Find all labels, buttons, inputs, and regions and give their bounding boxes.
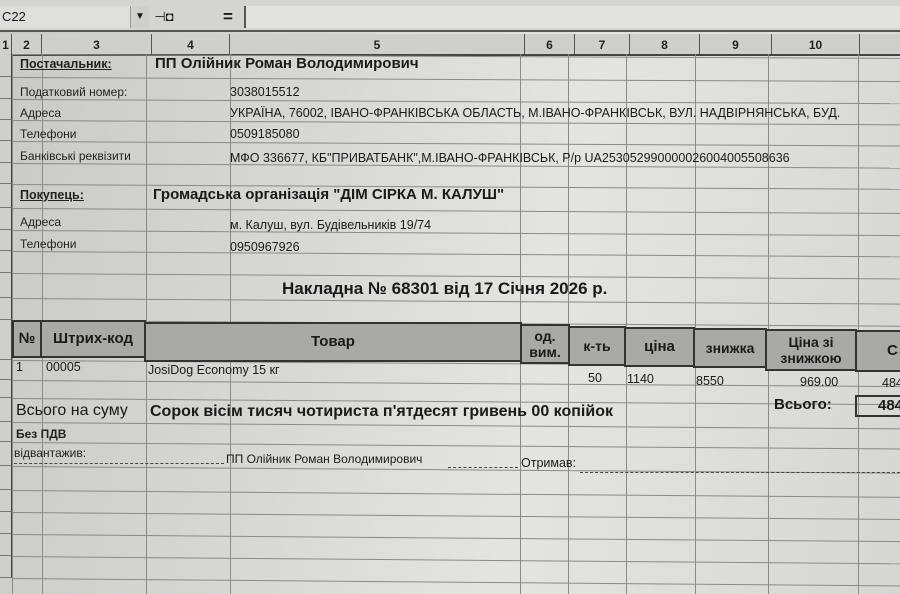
row-header[interactable] — [0, 556, 12, 578]
vat-note: Без ПДВ — [16, 427, 66, 441]
supplier-phone-value[interactable]: 0509185080 — [230, 127, 300, 141]
chevron-down-icon[interactable]: ▼ — [130, 6, 149, 28]
row-header[interactable] — [0, 298, 12, 320]
column-header-6[interactable]: 6 — [525, 34, 575, 54]
buyer-address-label: Адреса — [20, 215, 61, 229]
row-header[interactable] — [0, 184, 12, 208]
cell-qty[interactable]: 50 — [588, 371, 602, 385]
shipped-name-line — [448, 467, 518, 468]
column-header-3[interactable]: 3 — [42, 34, 152, 54]
header-sum: С — [855, 330, 900, 372]
cell-num[interactable]: 1 — [16, 360, 23, 374]
shipped-signature-line — [14, 463, 224, 464]
header-discounted-price: Ціна зі знижкою — [765, 329, 857, 371]
column-header-9[interactable]: 9 — [700, 34, 772, 54]
bank-details-label: Банківські реквізити — [20, 149, 131, 163]
row-header[interactable] — [0, 208, 12, 230]
row-header[interactable] — [0, 512, 12, 534]
bank-details-value[interactable]: МФО 336677, КБ"ПРИВАТБАНК",М.ІВАНО-ФРАНК… — [230, 151, 790, 165]
cell-sum[interactable]: 484 — [882, 376, 900, 390]
row-header[interactable] — [0, 54, 12, 77]
row-header[interactable] — [0, 273, 12, 298]
column-header-5[interactable]: 5 — [230, 34, 525, 54]
row-header[interactable] — [0, 230, 12, 251]
row-header[interactable] — [0, 163, 12, 184]
header-price: ціна — [624, 327, 695, 367]
header-qty: к-ть — [568, 326, 626, 366]
buyer-phone-value[interactable]: 0950967926 — [230, 240, 300, 254]
supplier-name: ПП Олійник Роман Володимирович — [155, 55, 419, 72]
header-num: № — [12, 320, 42, 358]
row-header[interactable] — [0, 442, 12, 466]
column-header-8[interactable]: 8 — [630, 34, 700, 54]
cell-discount[interactable]: 8550 — [696, 374, 724, 388]
formula-input[interactable] — [244, 6, 900, 28]
buyer-name: Громадська організація "ДІМ СІРКА М. КАЛ… — [153, 186, 504, 203]
grid-column-line — [695, 54, 696, 594]
header-unit: од. вим. — [520, 324, 570, 364]
tax-number-label: Податковий номер: — [20, 85, 127, 99]
row-header[interactable] — [0, 534, 12, 556]
row-header[interactable] — [0, 77, 12, 99]
row-header[interactable] — [0, 251, 12, 273]
cell-price[interactable]: 1140 — [627, 372, 654, 386]
column-header-11[interactable] — [860, 34, 900, 54]
tax-number-value[interactable]: 3038015512 — [230, 85, 300, 99]
total-label: Всього: — [774, 396, 832, 413]
column-header-bar: 1 2 3 4 5 6 7 8 9 10 — [0, 34, 900, 56]
row-header[interactable] — [0, 380, 12, 398]
grid-column-line — [768, 54, 769, 594]
grid-column-line — [626, 54, 627, 594]
row-header[interactable] — [0, 120, 12, 141]
grid-column-line — [858, 54, 859, 594]
header-barcode: Штрих-код — [40, 320, 146, 358]
supplier-heading: Постачальник: — [20, 57, 112, 71]
column-header-2[interactable]: 2 — [12, 34, 42, 54]
column-header-4[interactable]: 4 — [152, 34, 230, 54]
shipped-label: відвантажив: — [14, 446, 86, 460]
received-signature-line — [580, 472, 900, 473]
invoice-title: Накладна № 68301 від 17 Січня 2026 р. — [282, 279, 607, 299]
received-label: Отримав: — [521, 456, 576, 470]
row-header[interactable] — [0, 422, 12, 442]
column-header-7[interactable]: 7 — [575, 34, 630, 54]
row-header[interactable] — [0, 466, 12, 490]
cell-barcode[interactable]: 00005 — [46, 360, 81, 374]
equals-icon[interactable]: = — [220, 6, 236, 28]
shipped-name: ПП Олійник Роман Володимирович — [226, 452, 422, 466]
row-header[interactable] — [0, 360, 12, 380]
row-header[interactable] — [0, 320, 12, 360]
total-value[interactable]: 484 — [878, 397, 900, 414]
header-discount: знижка — [693, 328, 767, 368]
buyer-heading: Покупець: — [20, 188, 84, 202]
formula-bar: C22 ▼ ⊣◘ = — [0, 0, 900, 32]
sum-in-words: Сорок вісім тисяч чотириста п'ятдесят гр… — [150, 403, 613, 421]
buyer-phone-label: Телефони — [20, 237, 76, 251]
row-header[interactable] — [0, 490, 12, 512]
supplier-address-label: Адреса — [20, 106, 61, 120]
row-header[interactable] — [0, 99, 12, 120]
header-product: Товар — [144, 322, 522, 362]
buyer-address-value[interactable]: м. Калуш, вул. Будівельників 19/74 — [230, 218, 431, 232]
pin-icon[interactable]: ⊣◘ — [153, 6, 175, 28]
row-header[interactable] — [0, 141, 12, 163]
cell-product[interactable]: JosiDog Economy 15 кг — [148, 363, 280, 377]
name-box[interactable]: C22 — [0, 6, 130, 28]
column-header-1[interactable]: 1 — [0, 34, 12, 54]
row-header[interactable] — [0, 398, 12, 422]
sum-in-words-label: Всього на суму — [16, 402, 128, 420]
cell-discounted-price[interactable]: 969.00 — [800, 375, 838, 389]
column-header-10[interactable]: 10 — [772, 34, 860, 54]
supplier-phone-label: Телефони — [20, 127, 76, 141]
supplier-address-value[interactable]: УКРАЇНА, 76002, ІВАНО-ФРАНКІВСЬКА ОБЛАСТ… — [230, 106, 840, 120]
